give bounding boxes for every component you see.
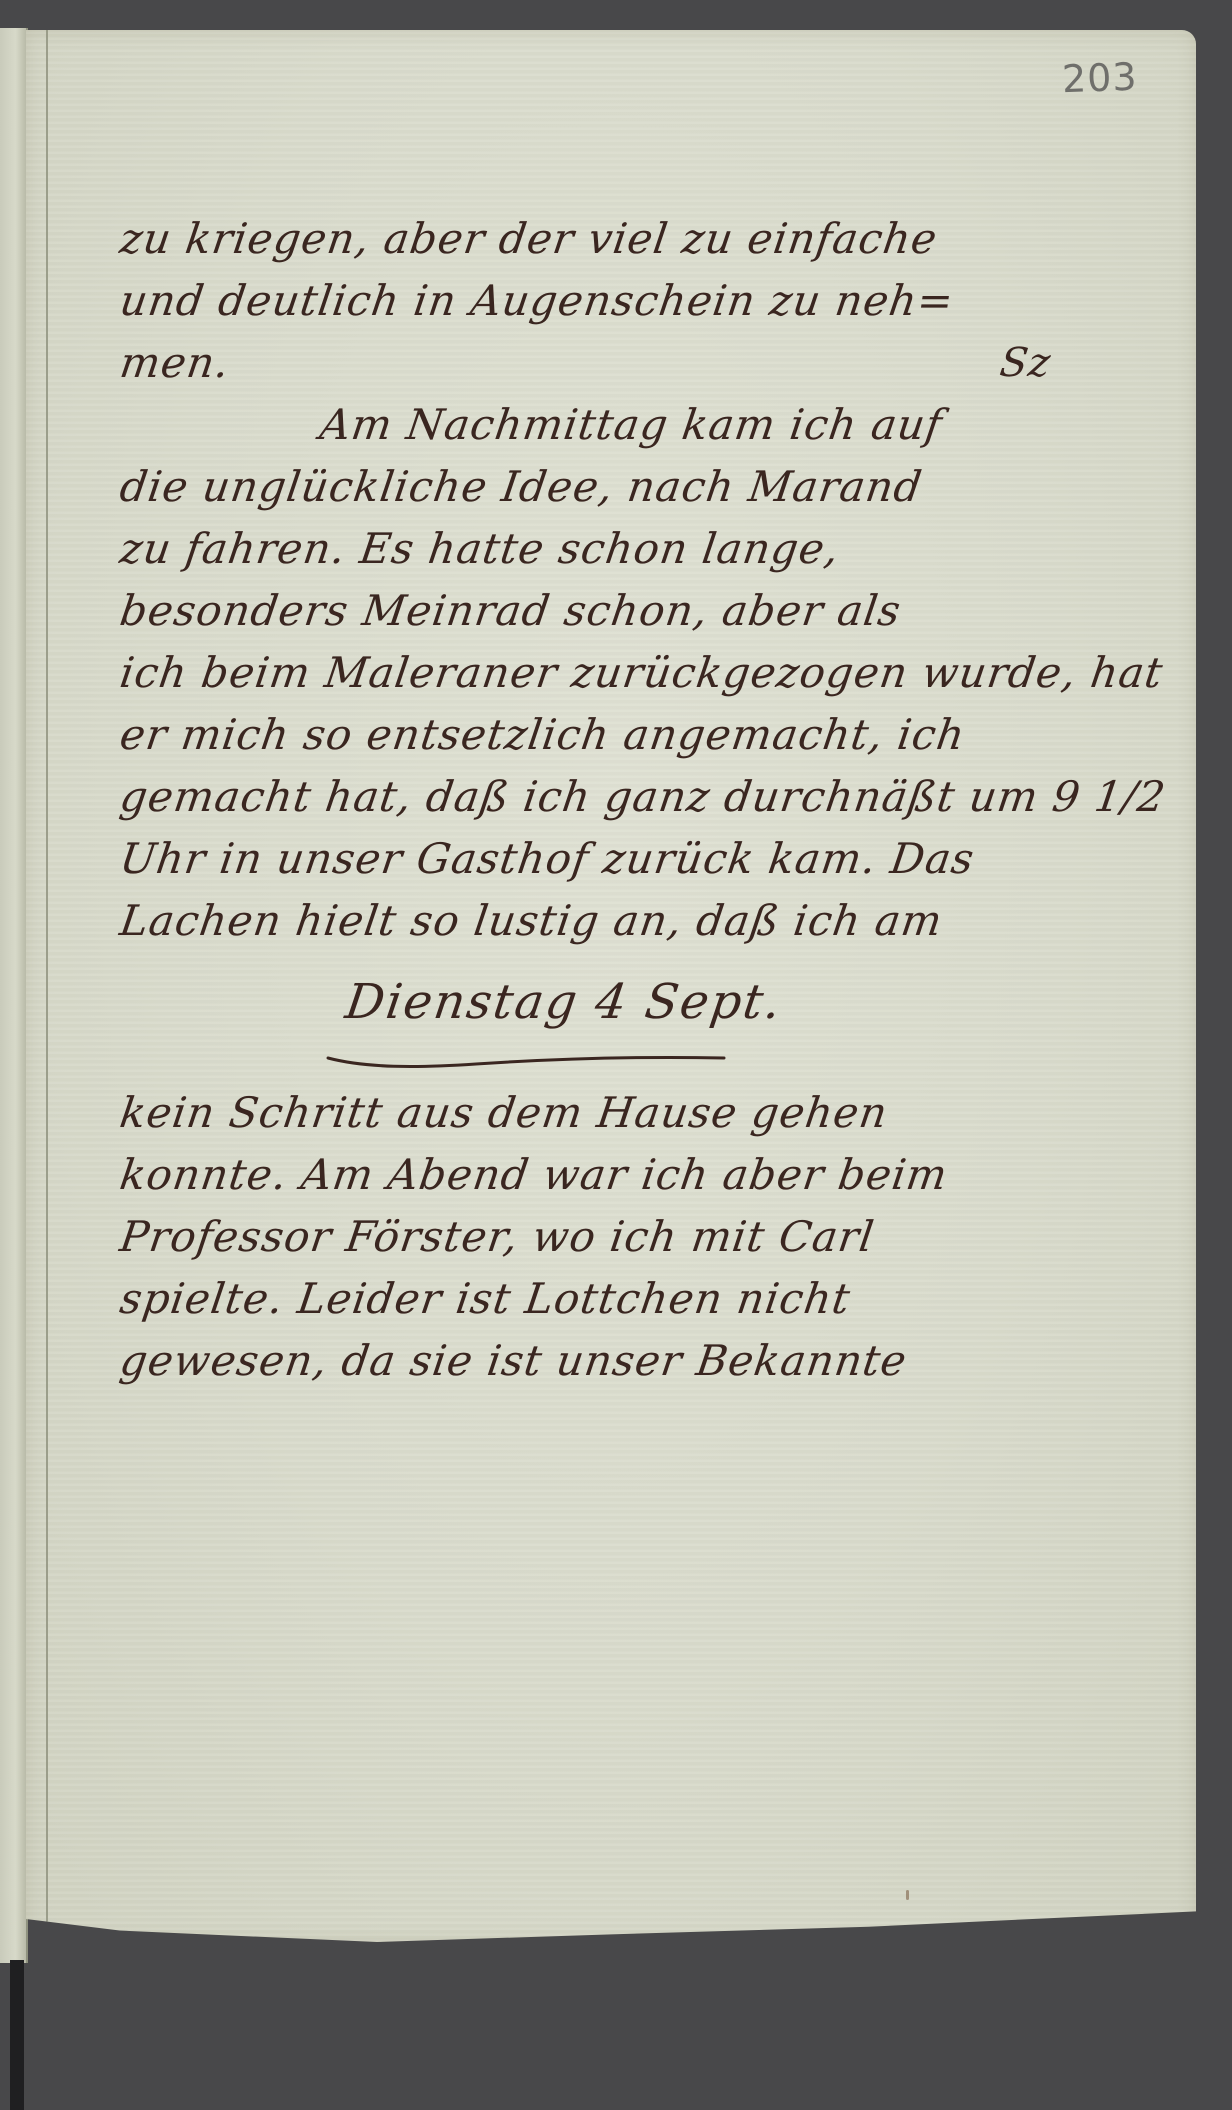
text-line: ich beim Maleraner zurückgezogen wurde, …	[116, 642, 1165, 704]
margin-mark: Sz	[996, 332, 1055, 394]
previous-page-edge	[0, 28, 28, 1963]
text-line: spielte. Leider ist Lottchen nicht	[116, 1268, 1165, 1330]
text-line: er mich so entsetzlich angemacht, ich	[116, 704, 1165, 766]
text-line-content: men.	[117, 338, 233, 387]
text-line: gewesen, da sie ist unser Bekannte	[116, 1330, 1165, 1392]
manuscript-page: 203 zu kriegen, aber der viel zu einfach…	[26, 30, 1196, 1942]
text-line: und deutlich in Augenschein zu neh=	[116, 270, 1165, 332]
date-heading-block: Dienstag 4 Sept.	[116, 952, 1156, 1082]
gutter-fold-line	[46, 30, 48, 1942]
text-line: Uhr in unser Gasthof zurück kam. Das	[116, 828, 1165, 890]
text-line: konnte. Am Abend war ich aber beim	[116, 1144, 1165, 1206]
manuscript-scan: 203 zu kriegen, aber der viel zu einfach…	[0, 0, 1232, 2110]
text-line: gemacht hat, daß ich ganz durchnäßt um 9…	[116, 766, 1165, 828]
manuscript-text: zu kriegen, aber der viel zu einfache un…	[116, 208, 1156, 1392]
page-number: 203	[1062, 55, 1139, 102]
ink-spot	[496, 1990, 500, 1996]
text-line: zu fahren. Es hatte schon lange,	[116, 518, 1165, 580]
ink-spot	[906, 1890, 909, 1900]
paragraph-3: kein Schritt aus dem Hause gehen konnte.…	[116, 1082, 1156, 1392]
text-line: Lachen hielt so lustig an, daß ich am	[116, 890, 1165, 952]
text-line: zu kriegen, aber der viel zu einfache	[116, 208, 1165, 270]
text-line: kein Schritt aus dem Hause gehen	[116, 1082, 1165, 1144]
date-heading: Dienstag 4 Sept.	[342, 974, 786, 1030]
text-line: men. Sz	[116, 332, 1165, 394]
paragraph-2: Am Nachmittag kam ich auf die unglücklic…	[116, 394, 1156, 952]
text-line: Professor Förster, wo ich mit Carl	[116, 1206, 1165, 1268]
binding-shadow	[10, 1960, 24, 2110]
text-line: Am Nachmittag kam ich auf	[116, 394, 1165, 456]
text-line: die unglückliche Idee, nach Marand	[116, 456, 1165, 518]
paragraph-1: zu kriegen, aber der viel zu einfache un…	[116, 208, 1156, 394]
ink-spot	[1026, 1930, 1032, 1944]
heading-underline	[326, 1052, 726, 1070]
text-line: besonders Meinrad schon, aber als	[116, 580, 1165, 642]
